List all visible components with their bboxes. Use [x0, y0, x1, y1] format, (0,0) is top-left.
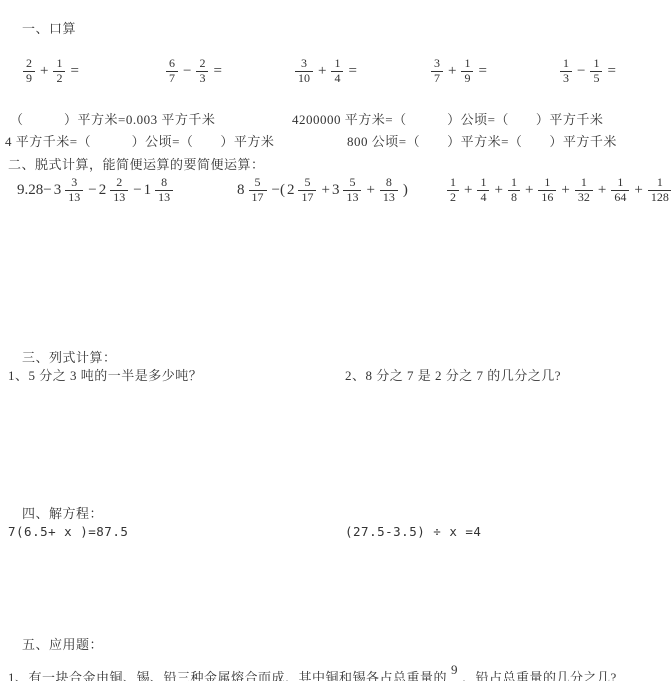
- conversion-line-2-right: 800 公顷=（ ）平方米=（ ）平方千米: [347, 134, 617, 150]
- math-text: 9.28−: [17, 182, 52, 199]
- math-text: +: [494, 182, 502, 199]
- oral-problem-1: 29+12=: [20, 57, 81, 86]
- fraction: 116: [538, 176, 556, 205]
- word-problem-1: 1、有一块合金由铜、锡、铅三种金属熔合而成，其中铜和锡各占总重量的9，铅占总重量…: [8, 667, 617, 681]
- equation-2: (27.5-3.5) ÷ x =4: [345, 524, 481, 539]
- fraction: 15: [590, 57, 602, 86]
- fraction: 517: [298, 176, 316, 205]
- math-text: =: [478, 63, 486, 80]
- math-text: +: [40, 63, 48, 80]
- mixed-number-whole: 1: [144, 182, 152, 199]
- fraction: 14: [331, 57, 343, 86]
- math-text: =: [70, 63, 78, 80]
- fraction: 23: [196, 57, 208, 86]
- math-text: +: [634, 182, 642, 199]
- math-text: ，铅占总重量的几分之几?: [462, 667, 617, 681]
- fraction: 513: [343, 176, 361, 205]
- math-text: +: [561, 182, 569, 199]
- raised-numerator: 9: [451, 662, 458, 678]
- math-text: ): [403, 182, 408, 199]
- fraction: 12: [53, 57, 65, 86]
- fraction: 13: [560, 57, 572, 86]
- mixed-number-whole: 3: [54, 182, 62, 199]
- stepwise-problem-1: 9.28−3313−2213−1813: [15, 176, 176, 205]
- equation-1: 7(6.5+ x )=87.5: [8, 524, 128, 539]
- conversion-line-1-right: 4200000 平方米=（ ）公顷=（ ）平方千米: [292, 112, 603, 128]
- mixed-number-whole: 2: [99, 182, 107, 199]
- math-text: +: [448, 63, 456, 80]
- math-text: −: [183, 63, 191, 80]
- math-text: −: [133, 182, 141, 199]
- mixed-number-whole: 2: [287, 182, 295, 199]
- section-expressions-heading: 三、列式计算：: [22, 350, 117, 366]
- fraction: 37: [431, 57, 443, 86]
- fraction: 517: [249, 176, 267, 205]
- mixed-number-whole: 8: [237, 182, 245, 199]
- fraction: 18: [508, 176, 520, 205]
- oral-problem-2: 67−23=: [163, 57, 224, 86]
- fraction: 19: [461, 57, 473, 86]
- math-text: =: [348, 63, 356, 80]
- mixed-number-whole: 3: [332, 182, 340, 199]
- fraction: 164: [611, 176, 629, 205]
- oral-problem-4: 37+19=: [428, 57, 489, 86]
- section-equations-heading: 四、解方程：: [22, 506, 103, 522]
- math-text: 1、有一块合金由铜、锡、铅三种金属熔合而成，其中铜和锡各占总重量的: [8, 667, 447, 681]
- conversion-line-1-left: （ ）平方米=0.003 平方千米: [10, 112, 215, 128]
- fraction: 132: [575, 176, 593, 205]
- fraction: 310: [295, 57, 313, 86]
- math-text: −: [88, 182, 96, 199]
- expressions-question-1: 1、5 分之 3 吨的一半是多少吨？: [8, 368, 202, 384]
- fraction: 12: [447, 176, 459, 205]
- section-word-problems-heading: 五、应用题：: [22, 637, 103, 653]
- fraction: 29: [23, 57, 35, 86]
- fraction: 1128: [648, 176, 671, 205]
- math-text: =: [213, 63, 221, 80]
- math-text: +: [318, 63, 326, 80]
- stepwise-problem-3: 12+14+18+116+132+164+1128: [444, 176, 671, 205]
- math-text: −: [577, 63, 585, 80]
- math-text: +: [598, 182, 606, 199]
- fraction: 213: [110, 176, 128, 205]
- fraction: 813: [380, 176, 398, 205]
- oral-problem-5: 13−15=: [557, 57, 618, 86]
- math-text: +: [366, 182, 374, 199]
- fraction: 14: [477, 176, 489, 205]
- section-stepwise-heading: 二、脱式计算，能简便运算的要简便运算：: [8, 157, 265, 173]
- section-oral-heading: 一、口算: [22, 21, 76, 37]
- fraction: 67: [166, 57, 178, 86]
- math-text: −(: [272, 182, 285, 199]
- fraction: 813: [155, 176, 173, 205]
- math-text: +: [525, 182, 533, 199]
- math-text: =: [607, 63, 615, 80]
- math-text: +: [464, 182, 472, 199]
- stepwise-problem-2: 8517−(2517+3513+813): [237, 176, 410, 205]
- oral-problem-3: 310+14=: [292, 57, 359, 86]
- fraction: 313: [65, 176, 83, 205]
- math-text: +: [321, 182, 329, 199]
- conversion-line-2-left: 4 平方千米=（ ）公顷=（ ）平方米: [5, 134, 274, 150]
- expressions-question-2: 2、8 分之 7 是 2 分之 7 的几分之几?: [345, 368, 561, 384]
- worksheet-page: 一、口算 29+12= 67−23= 310+14= 37+19= 13−15=…: [0, 0, 671, 681]
